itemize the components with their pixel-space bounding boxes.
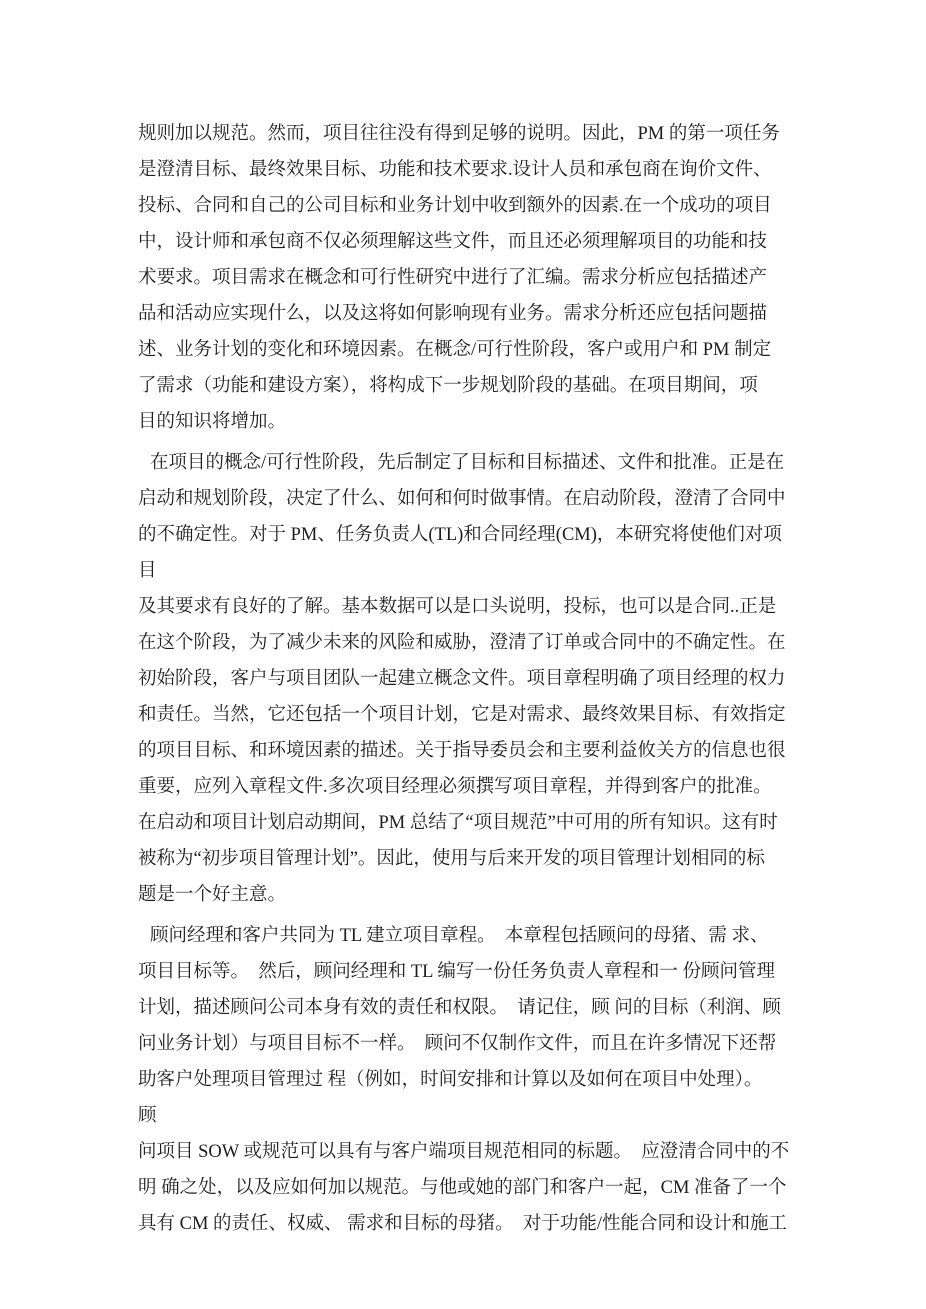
document-text-block: 规则加以规范。然而，项目往往没有得到足够的说明。因此，PM 的第一项任务 是澄清… [138,116,790,1247]
document-page: 规则加以规范。然而，项目往往没有得到足够的说明。因此，PM 的第一项任务 是澄清… [0,0,926,1309]
paragraph-3: 顾问经理和客户共同为 TL 建立项目章程。 本章程包括顾问的母猪、需 求、 项目… [138,918,790,1242]
paragraph-2: 在项目的概念/可行性阶段，先后制定了目标和目标描述、文件和批准。正是在 启动和规… [138,445,790,913]
paragraph-1: 规则加以规范。然而，项目往往没有得到足够的说明。因此，PM 的第一项任务 是澄清… [138,116,790,440]
